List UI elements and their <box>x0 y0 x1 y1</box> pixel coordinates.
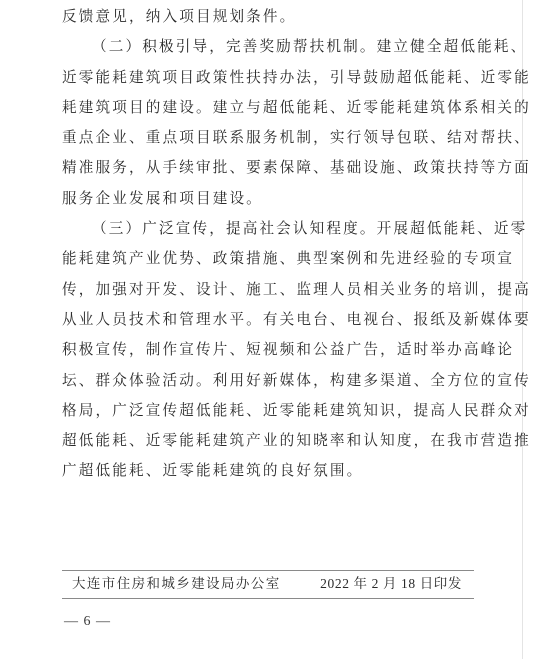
section-heading-line: （三）广泛宣传，提高社会认知程度。开展超低能耗、近零 <box>62 214 480 244</box>
line-text: 广超低能耗、近零能耗建筑的良好氛围。 <box>62 462 363 479</box>
section-heading-3: （三）广泛宣传，提高社会认知程度。 <box>92 220 377 237</box>
line-text: 积极宣传，制作宣传片、短视频和公益广告，适时举办高峰论 <box>62 341 514 358</box>
body-line: 坛、群众体验活动。利用好新媒体，构建多渠道、全方位的宣传 <box>62 366 480 396</box>
line-text: 精准服务，从手续审批、要素保障、基础设施、政策扶持等方面 <box>62 159 531 176</box>
body-line: 重点企业、重点项目联系服务机制，实行领导包联、结对帮扶、 <box>62 123 480 153</box>
body-line: 反馈意见，纳入项目规划条件。 <box>62 2 480 32</box>
section-heading-line: （二）积极引导，完善奖励帮扶机制。建立健全超低能耗、 <box>62 32 480 62</box>
section-heading-2: （二）积极引导，完善奖励帮扶机制。 <box>92 38 377 55</box>
body-line: 超低能耗、近零能耗建筑产业的知晓率和认知度，在我市营造推 <box>62 426 480 456</box>
line-text: 超低能耗、近零能耗建筑产业的知晓率和认知度，在我市营造推 <box>62 432 531 449</box>
line-text: 开展超低能耗、近零 <box>377 220 528 237</box>
document-body: 反馈意见，纳入项目规划条件。 （二）积极引导，完善奖励帮扶机制。建立健全超低能耗… <box>62 2 480 487</box>
line-text: 服务企业发展和项目建设。 <box>62 190 263 207</box>
line-text: 近零能耗建筑项目政策性扶持办法，引导鼓励超低能耗、近零能 <box>62 69 531 86</box>
body-line: 能耗建筑产业优势、政策措施、典型案例和先进经验的专项宣 <box>62 244 480 274</box>
line-text: 能耗建筑产业优势、政策措施、典型案例和先进经验的专项宣 <box>62 250 514 267</box>
body-line: 近零能耗建筑项目政策性扶持办法，引导鼓励超低能耗、近零能 <box>62 63 480 93</box>
issuer-name: 大连市住房和城乡建设局办公室 <box>72 571 281 597</box>
line-text: 反馈意见，纳入项目规划条件。 <box>62 8 296 25</box>
body-line: 广超低能耗、近零能耗建筑的良好氛围。 <box>62 456 480 486</box>
issue-date: 2022 年 2 月 18 日印发 <box>320 571 462 597</box>
page-number: — 6 — <box>64 612 111 632</box>
line-text: 坛、群众体验活动。利用好新媒体，构建多渠道、全方位的宣传 <box>62 372 531 389</box>
body-line: 格局，广泛宣传超低能耗、近零能耗建筑知识，提高人民群众对 <box>62 396 480 426</box>
body-line: 服务企业发展和项目建设。 <box>62 184 480 214</box>
line-text: 传，加强对开发、设计、施工、监理人员相关业务的培训，提高 <box>62 281 531 298</box>
body-line: 从业人员技术和管理水平。有关电台、电视台、报纸及新媒体要 <box>62 305 480 335</box>
issuance-footer: 大连市住房和城乡建设局办公室 2022 年 2 月 18 日印发 <box>62 570 474 599</box>
line-text: 重点企业、重点项目联系服务机制，实行领导包联、结对帮扶、 <box>62 129 531 146</box>
line-text: 从业人员技术和管理水平。有关电台、电视台、报纸及新媒体要 <box>62 311 531 328</box>
line-text: 建立健全超低能耗、 <box>377 38 528 55</box>
line-text: 格局，广泛宣传超低能耗、近零能耗建筑知识，提高人民群众对 <box>62 402 531 419</box>
body-line: 精准服务，从手续审批、要素保障、基础设施、政策扶持等方面 <box>62 153 480 183</box>
body-line: 积极宣传，制作宣传片、短视频和公益广告，适时举办高峰论 <box>62 335 480 365</box>
line-text: 耗建筑项目的建设。建立与超低能耗、近零能耗建筑体系相关的 <box>62 99 531 116</box>
body-line: 耗建筑项目的建设。建立与超低能耗、近零能耗建筑体系相关的 <box>62 93 480 123</box>
body-line: 传，加强对开发、设计、施工、监理人员相关业务的培训，提高 <box>62 275 480 305</box>
